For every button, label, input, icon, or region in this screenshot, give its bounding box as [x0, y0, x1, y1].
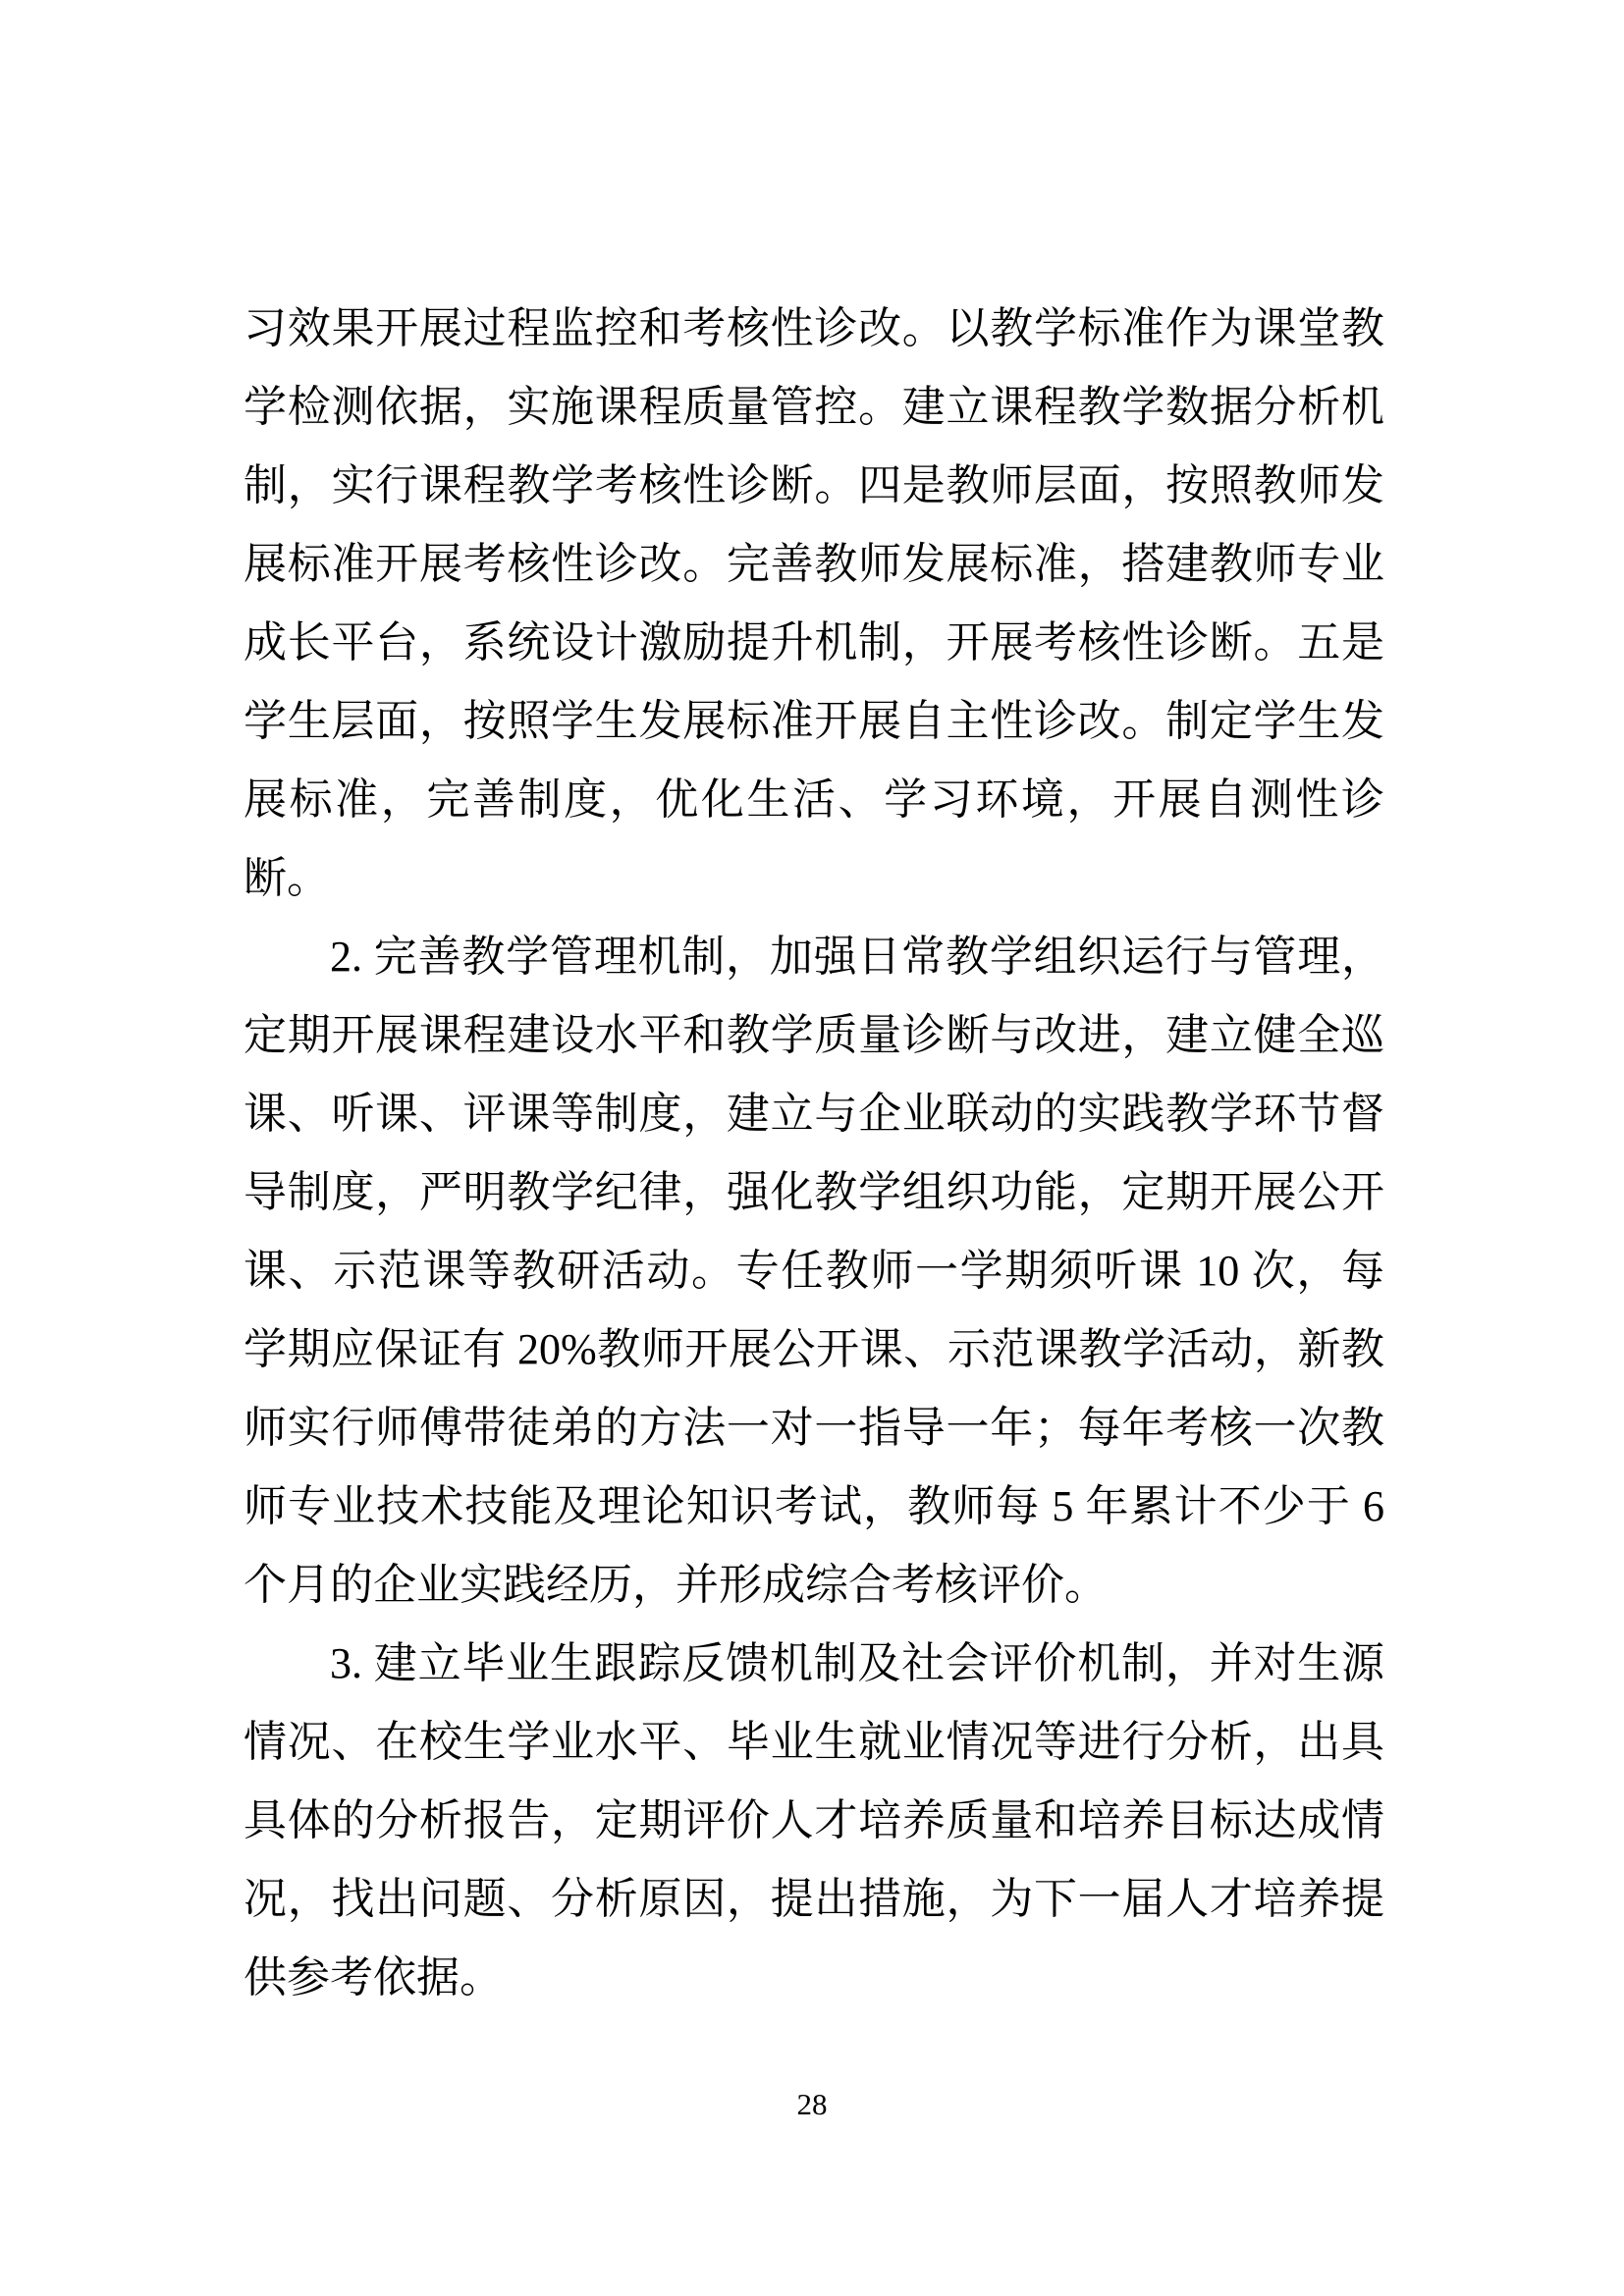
body-text: 习效果开展过程监控和考核性诊改。以教学标准作为课堂教 学检测依据，实施课程质量管… [244, 290, 1384, 2017]
text-line: 断。 [244, 839, 1384, 918]
text-line: 习效果开展过程监控和考核性诊改。以教学标准作为课堂教 [244, 290, 1384, 368]
paragraph-start-line: 2. 完善教学管理机制，加强日常教学组织运行与管理， [244, 918, 1384, 996]
text-line: 况，找出问题、分析原因，提出措施，为下一届人才培养提 [244, 1860, 1384, 1939]
text-line: 课、示范课等教研活动。专任教师一学期须听课 10 次，每 [244, 1232, 1384, 1310]
text-line: 师实行师傅带徒弟的方法一对一指导一年；每年考核一次教 [244, 1389, 1384, 1468]
text-line: 展标准开展考核性诊改。完善教师发展标准，搭建教师专业 [244, 525, 1384, 604]
text-line: 课、听课、评课等制度，建立与企业联动的实践教学环节督 [244, 1075, 1384, 1153]
document-page: 习效果开展过程监控和考核性诊改。以教学标准作为课堂教 学检测依据，实施课程质量管… [0, 0, 1624, 2296]
text-line: 导制度，严明教学纪律，强化教学组织功能，定期开展公开 [244, 1153, 1384, 1232]
text-line: 定期开展课程建设水平和教学质量诊断与改进，建立健全巡 [244, 996, 1384, 1075]
text-line: 供参考依据。 [244, 1939, 1384, 2017]
text-line: 个月的企业实践经历，并形成综合考核评价。 [244, 1546, 1384, 1625]
text-line: 情况、在校生学业水平、毕业生就业情况等进行分析，出具 [244, 1703, 1384, 1782]
page-number: 28 [0, 2085, 1624, 2124]
text-line: 学期应保证有 20%教师开展公开课、示范课教学活动，新教 [244, 1310, 1384, 1389]
text-line: 学检测依据，实施课程质量管控。建立课程教学数据分析机 [244, 368, 1384, 447]
text-line: 师专业技术技能及理论知识考试，教师每 5 年累计不少于 6 [244, 1468, 1384, 1546]
text-line: 具体的分析报告，定期评价人才培养质量和培养目标达成情 [244, 1782, 1384, 1860]
text-line: 展标准，完善制度，优化生活、学习环境，开展自测性诊 [244, 761, 1384, 839]
text-line: 制，实行课程教学考核性诊断。四是教师层面，按照教师发 [244, 447, 1384, 525]
text-line: 成长平台，系统设计激励提升机制，开展考核性诊断。五是 [244, 604, 1384, 682]
paragraph-start-line: 3. 建立毕业生跟踪反馈机制及社会评价机制，并对生源 [244, 1625, 1384, 1703]
text-line: 学生层面，按照学生发展标准开展自主性诊改。制定学生发 [244, 682, 1384, 761]
